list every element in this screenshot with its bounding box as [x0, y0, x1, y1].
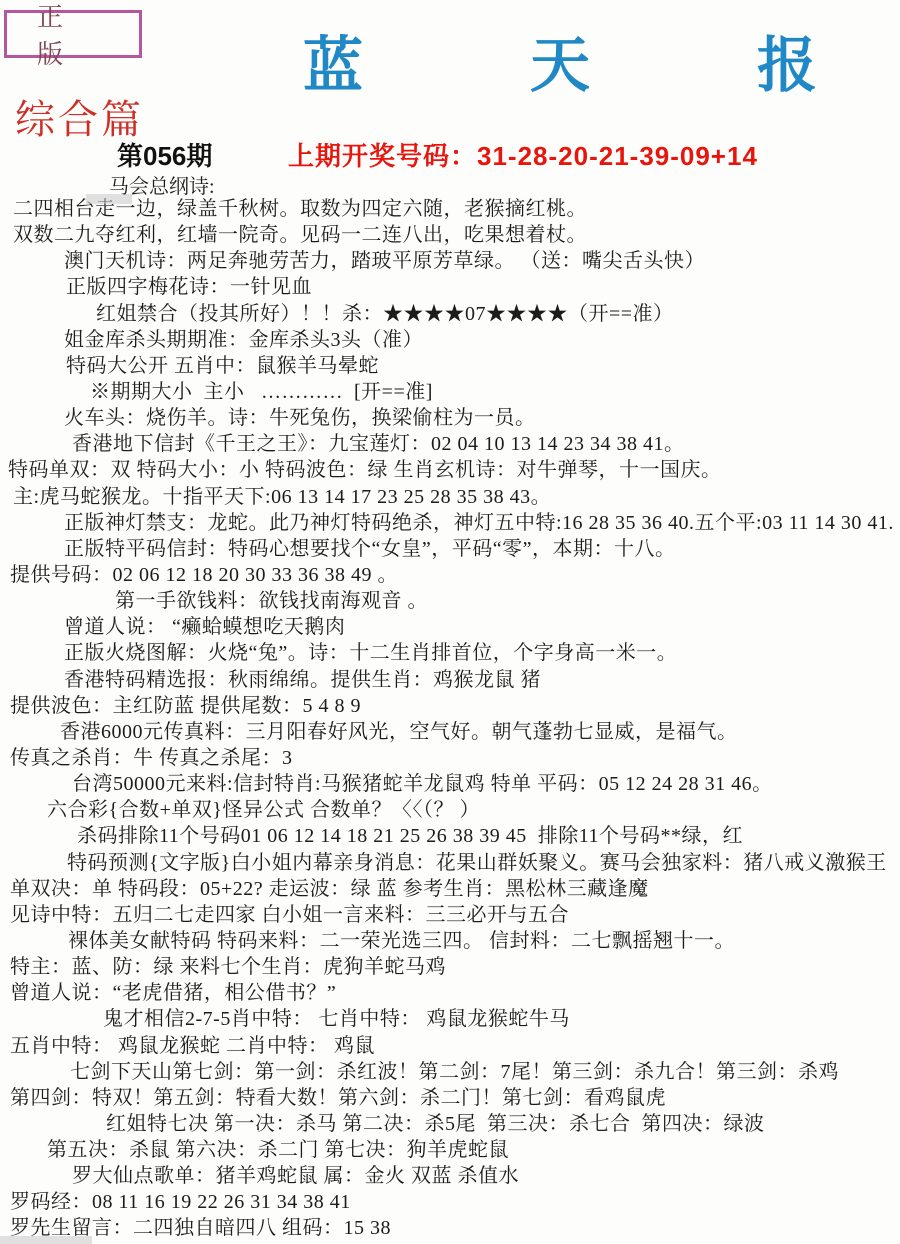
- body-line: 六合彩{合数+单双}怪异公式 合数单？〈〈（？ ）: [0, 797, 900, 823]
- last-draw-numbers: 上期开奖号码：31-28-20-21-39-09+14: [288, 136, 758, 173]
- body-line: 见诗中特：五归二七走四家 白小姐一言来料：三三必开与五合: [0, 902, 900, 928]
- body-line: 正版四字梅花诗：一针见血: [0, 274, 900, 300]
- body-line: 台湾50000元来料:信封特肖:马猴猪蛇羊龙鼠鸡 特单 平码：05 12 24 …: [0, 771, 900, 797]
- body-line: 传真之杀肖：牛 传真之杀尾：3: [0, 745, 900, 771]
- body-line: 提供波色：主红防蓝 提供尾数：5 4 8 9: [0, 693, 900, 719]
- page-title: 蓝 天 报: [303, 18, 893, 104]
- body-line: 罗先生留言：二四独自暗四八 组码：15 38: [0, 1215, 900, 1241]
- body-line: 红姐特七决 第一决：杀马 第二决：杀5尾 第三决：杀七合 第四决：绿波: [0, 1111, 900, 1137]
- newspaper-page: 正 版 蓝 天 报 综合篇 第056期 上期开奖号码：31-28-20-21-3…: [0, 0, 900, 1244]
- body-line: 特码单双：双 特码大小：小 特码波色：绿 生肖玄机诗：对牛弹琴，十一国庆。: [0, 457, 900, 483]
- edition-badge-label: 正 版: [37, 0, 139, 71]
- body-line: ※期期大小 主小 ………… [开==准]: [0, 379, 900, 405]
- scan-artifact: [86, 194, 132, 204]
- body-line: 红姐禁合（投其所好）！！杀：★★★★07★★★★（开==准）: [0, 301, 900, 327]
- body-line: 双数二九夺红利，红墙一院奇。见码一二连八出，吃果想着杖。: [0, 222, 900, 248]
- body-line: 二四相台走一边，绿盖千秋树。取数为四定六随，老猴摘红桃。: [0, 196, 900, 222]
- issue-number: 第056期: [117, 136, 212, 173]
- body-line: 正版特平码信封：特码心想要找个“女皇”，平码“零”，本期：十八。: [0, 536, 900, 562]
- body-line: 特码预测{文字版}白小姐内幕亲身消息：花果山群妖聚义。赛马会独家料：猪八戒义激猴…: [0, 850, 900, 876]
- body-line: 姐金库杀头期期准：金库杀头3头（准）: [0, 327, 900, 353]
- body-line: 单双决：单 特码段：05+22? 走运波：绿 蓝 参考生肖：黑松林三藏逢魔: [0, 876, 900, 902]
- body-line: 七剑下天山第七剑：第一剑：杀红波！第二剑：7尾！第三剑：杀九合！第三剑：杀鸡: [0, 1059, 900, 1085]
- body-lines: 二四相台走一边，绿盖千秋树。取数为四定六随，老猴摘红桃。双数二九夺红利，红墙一院…: [0, 196, 900, 1242]
- body-line: 正版神灯禁支：龙蛇。此乃神灯特码绝杀，神灯五中特:16 28 35 36 40.…: [0, 510, 900, 536]
- scan-artifact: [0, 1236, 92, 1244]
- body-line: 火车头：烧伤羊。诗：牛死兔伤，换梁偷柱为一员。: [0, 405, 900, 431]
- edition-badge: 正 版: [4, 10, 142, 58]
- body-line: 罗码经：08 11 16 19 22 26 31 34 38 41: [0, 1189, 900, 1215]
- body-line: 香港6000元传真料：三月阳春好风光，空气好。朝气蓬勃七显威，是福气。: [0, 719, 900, 745]
- body-line: 香港地下信封《千王之王》：九宝莲灯：02 04 10 13 14 23 34 3…: [0, 431, 900, 457]
- body-line: 曾道人说： “癞蛤蟆想吃天鹅肉: [0, 614, 900, 640]
- body-line: 第一手欲钱料：欲钱找南海观音 。: [0, 588, 900, 614]
- body-line: 特码大公开 五肖中：鼠猴羊马晕蛇: [0, 353, 900, 379]
- body-line: 裸体美女献特码 特码来料：二一荣光选三四。 信封料：二七飘摇翘十一。: [0, 928, 900, 954]
- body-line: 正版火烧图解：火烧“兔”。诗：十二生肖排首位，个字身高一米一。: [0, 640, 900, 666]
- body-line: 香港特码精选报：秋雨绵绵。提供生肖：鸡猴龙鼠 猪: [0, 667, 900, 693]
- body-line: 五肖中特： 鸡鼠龙猴蛇 二肖中特： 鸡鼠: [0, 1033, 900, 1059]
- body-line: 特主：蓝、防：绿 来料七个生肖：虎狗羊蛇马鸡: [0, 954, 900, 980]
- body-line: 杀码排除11个号码01 06 12 14 18 21 25 26 38 39 4…: [0, 823, 900, 849]
- body-line: 第四剑：特双！第五剑：特看大数！第六剑：杀二门！第七剑：看鸡鼠虎: [0, 1085, 900, 1111]
- body-line: 主:虎马蛇猴龙。十指平天下:06 13 14 17 23 25 28 35 38…: [0, 484, 900, 510]
- body-line: 提供号码：02 06 12 18 20 30 33 36 38 49 。: [0, 562, 900, 588]
- body-line: 曾道人说：“老虎借猪，相公借书？”: [0, 980, 900, 1006]
- body-line: 罗大仙点歌单：猪羊鸡蛇鼠 属：金火 双蓝 杀值水: [0, 1163, 900, 1189]
- body-line: 澳门天机诗：两足奔驰劳苦力，踏玻平原芳草绿。 （送：嘴尖舌头快）: [0, 248, 900, 274]
- body-line: 鬼才相信2-7-5肖中特： 七肖中特： 鸡鼠龙猴蛇牛马: [0, 1006, 900, 1032]
- body-line: 第五决：杀鼠 第六决：杀二门 第七决：狗羊虎蛇鼠: [0, 1137, 900, 1163]
